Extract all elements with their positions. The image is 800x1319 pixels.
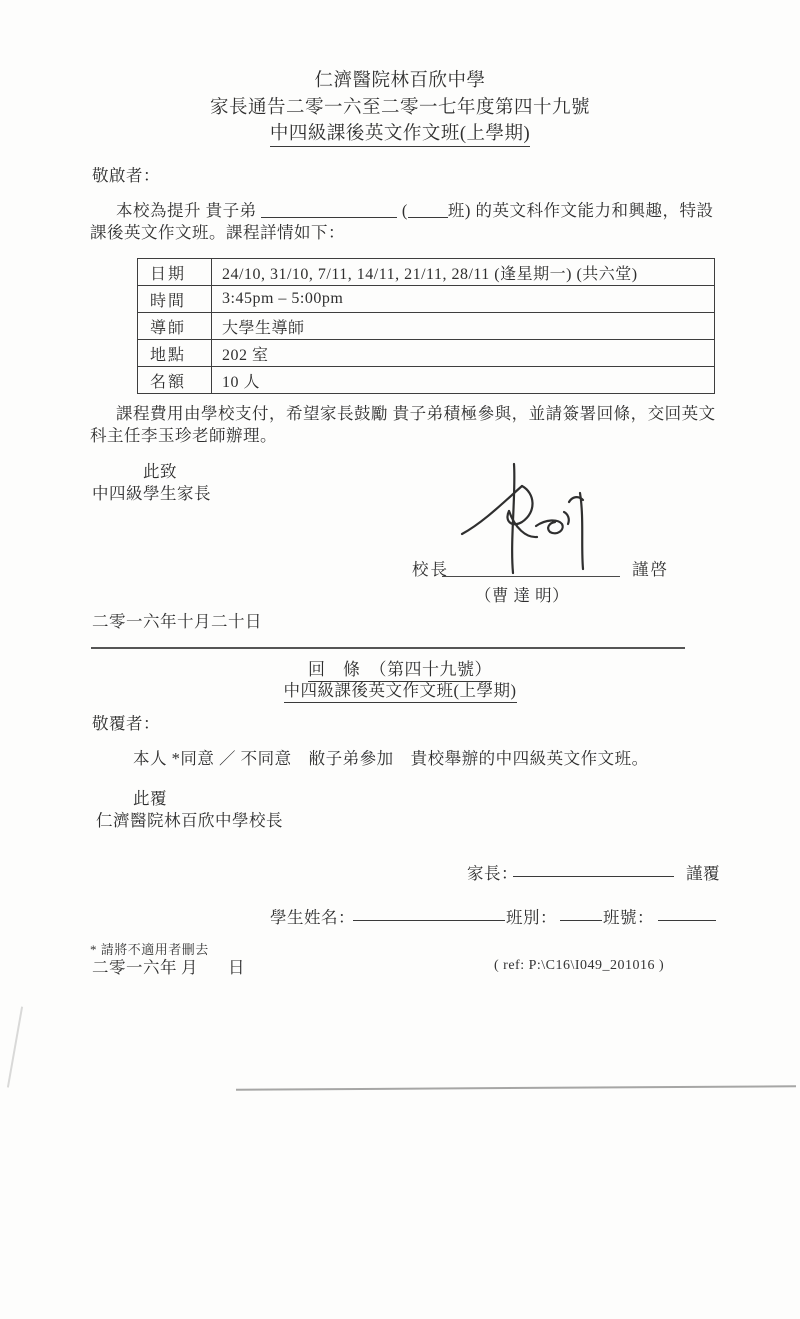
reply-closing-intro: 此覆 (133, 788, 167, 810)
salutation: 敬啟者： (92, 165, 160, 187)
class-field-blank (560, 905, 602, 921)
principal-label: 校長 (412, 559, 449, 581)
student-name-field-blank (353, 905, 505, 921)
reply-body: 本人 *同意 ／ 不同意 敝子弟參加 貴校舉辦的中四級英文作文班。 (133, 748, 649, 770)
reply-date-day: 日 (228, 957, 245, 979)
class-number-label: 班號： (603, 907, 654, 929)
row-value: 10 人 (212, 367, 715, 394)
notice-number: 家長通告二零一六至二零一七年度第四十九號 (0, 93, 800, 119)
table-row: 日期24/10, 31/10, 7/11, 14/11, 21/11, 28/1… (138, 259, 715, 286)
fee-paragraph: 課程費用由學校支付，希望家長鼓勵 貴子弟積極參與，並請簽署回條，交回英文科主任李… (90, 403, 722, 447)
respectfully-label: 謹啓 (632, 559, 669, 581)
row-value: 大學生導師 (212, 313, 715, 340)
row-value: 3:45pm – 5:00pm (212, 286, 715, 313)
table-row: 時間3:45pm – 5:00pm (138, 286, 715, 313)
parent-signature-blank (513, 861, 674, 877)
table-row: 導師大學生導師 (138, 313, 715, 340)
table-row: 地點202 室 (138, 340, 715, 367)
parent-label: 家長： (467, 863, 518, 885)
class-label: 班別： (506, 907, 557, 929)
row-value: 24/10, 31/10, 7/11, 14/11, 21/11, 28/11 … (212, 259, 715, 286)
intro-paragraph: 本校為提升 貴子弟 (班) 的英文科作文能力和興趣，特設課後英文作文班。課程詳情… (90, 200, 722, 244)
row-label: 地點 (138, 340, 212, 367)
scan-scratch (7, 1006, 23, 1087)
reply-title: 回 條 （第四十九號） (308, 660, 492, 682)
intro-paren: ( (397, 201, 408, 220)
class-number-field-blank (658, 905, 716, 921)
parent-sign-label: 謹覆 (686, 863, 720, 885)
row-label: 時間 (138, 286, 212, 313)
reply-date-year: 二零一六年 (92, 957, 177, 979)
scanned-notice-page: 仁濟醫院林百欣中學 家長通告二零一六至二零一七年度第四十九號 中四級課後英文作文… (0, 0, 800, 1319)
fee-text: 課程費用由學校支付，希望家長鼓勵 貴子弟積極參與，並請簽署回條，交回英文科主任李… (90, 404, 716, 445)
school-name: 仁濟醫院林百欣中學 (0, 66, 800, 92)
reply-subject-line: 中四級課後英文作文班(上學期) (0, 680, 800, 702)
reply-title-line: 回 條 （第四十九號） (0, 655, 800, 680)
intro-lead: 本校為提升 貴子弟 (116, 201, 261, 220)
reply-subject: 中四級課後英文作文班(上學期) (284, 681, 517, 703)
principal-signature (452, 460, 612, 578)
row-label: 日期 (138, 259, 212, 286)
closing-recipient: 中四級學生家長 (92, 483, 211, 505)
reply-date-month: 月 (181, 957, 198, 979)
table-row: 名額10 人 (138, 367, 715, 394)
student-name-label: 學生姓名： (270, 907, 355, 929)
principal-name: （曹 達 明） (448, 585, 596, 607)
reply-salutation: 敬覆者： (92, 713, 160, 735)
row-value: 202 室 (212, 340, 715, 367)
paper-edge-shadow (236, 1085, 796, 1090)
closing-this-to: 此致 (143, 461, 177, 483)
row-label: 名額 (138, 367, 212, 394)
footnote: * 請將不適用者刪去 (90, 939, 209, 958)
tear-line (91, 647, 685, 649)
notice-subject: 中四級課後英文作文班(上學期) (270, 124, 530, 147)
course-details-table: 日期24/10, 31/10, 7/11, 14/11, 21/11, 28/1… (137, 258, 715, 394)
notice-subject-line: 中四級課後英文作文班(上學期) (0, 119, 800, 145)
student-name-blank (261, 202, 397, 218)
notice-date: 二零一六年十月二十日 (92, 611, 262, 633)
signature-line (442, 575, 620, 577)
file-reference: ( ref: P:\C16\I049_201016 ) (494, 958, 664, 974)
class-blank (408, 202, 448, 218)
reply-closing-to: 仁濟醫院林百欣中學校長 (96, 810, 283, 832)
row-label: 導師 (138, 313, 212, 340)
